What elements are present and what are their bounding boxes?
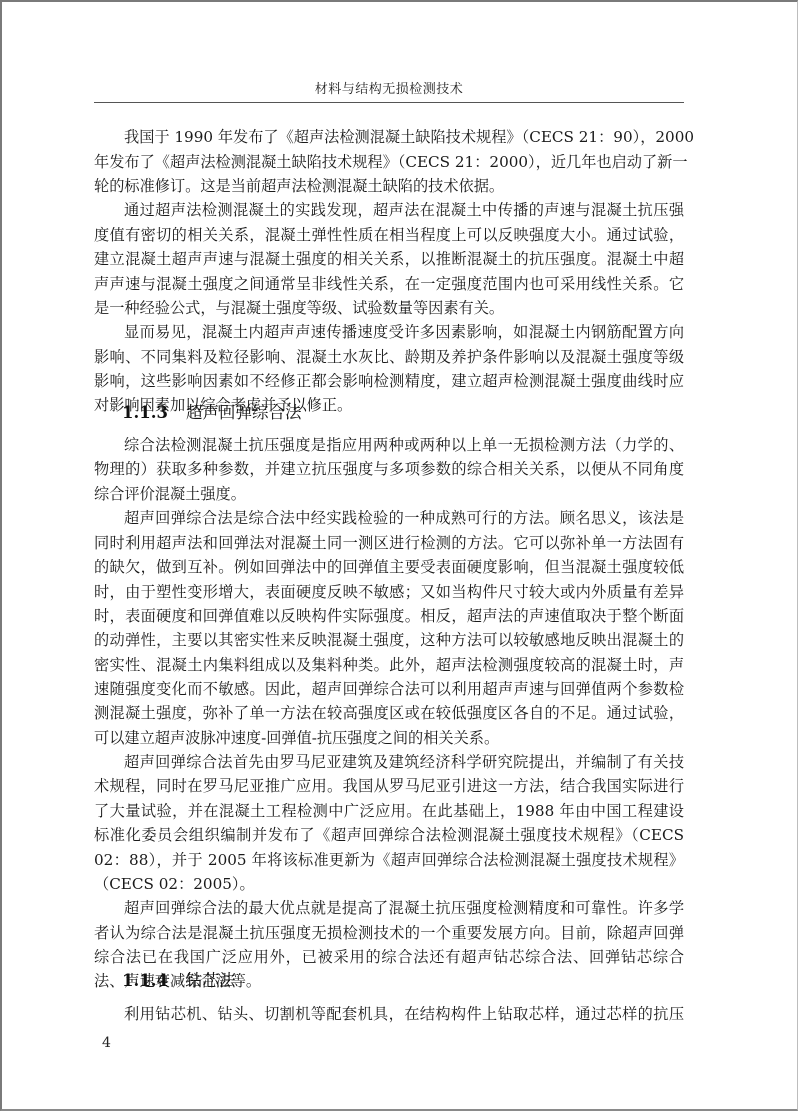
text-line: 度值有密切的相关关系，混凝土弹性性质在相当程度上可以反映强度大小。通过试验， (94, 223, 684, 247)
text-line: 时，由于塑性变形增大，表面硬度反映不敏感；又如当构件尺寸较大或内外质量有差异 (94, 580, 684, 604)
text-line: 可以建立超声波脉冲速度-回弹值-抗压强度之间的相关关系。 (94, 726, 684, 750)
text-line: 了大量试验，并在混凝土工程检测中广泛应用。在此基础上，1988 年由中国工程建设 (94, 799, 684, 823)
text-line: （CECS 02：2005）。 (94, 872, 684, 896)
section-heading-1-1-4: 1.1.4钻芯法 (122, 968, 235, 994)
text-line: 年发布了《超声法检测混凝土缺陷技术规程》（CECS 21：2000），近几年也启… (94, 150, 684, 174)
text-line: 物理的）获取多种参数，并建立抗压强度与多项参数的综合相关关系，以便从不同角度 (94, 457, 684, 481)
section-number: 1.1.4 (122, 971, 168, 990)
text-line: 速随强度变化而不敏感。因此，超声回弹综合法可以利用超声声速与回弹值两个参数检 (94, 677, 684, 701)
text-line: 利用钻芯机、钻头、切割机等配套机具，在结构构件上钻取芯样，通过芯样的抗压 (124, 1002, 684, 1026)
text-line: 标准化委员会组织编制并发布了《超声回弹综合法检测混凝土强度技术规程》（CECS (94, 823, 684, 847)
text-line: 我国于 1990 年发布了《超声法检测混凝土缺陷技术规程》（CECS 21：90… (124, 125, 684, 149)
text-line: 轮的标准修订。这是当前超声法检测混凝土缺陷的技术依据。 (94, 174, 684, 198)
text-line: 综合法检测混凝土抗压强度是指应用两种或两种以上单一无损检测方法（力学的、 (124, 433, 684, 457)
text-line: 者认为综合法是混凝土抗压强度无损检测技术的一个重要发展方向。目前，除超声回弹 (94, 921, 684, 945)
text-line: 时，表面硬度和回弹值难以反映构件实际强度。相反，超声法的声速值取决于整个断面 (94, 604, 684, 628)
text-line: 影响、不同集料及粒径影响、混凝土水灰比、龄期及养护条件影响以及混凝土强度等级 (94, 345, 684, 369)
section-title: 超声回弹综合法 (186, 403, 302, 422)
text-line: 的缺欠，做到互补。例如回弹法中的回弹值主要受表面硬度影响，但当混凝土强度较低 (94, 555, 684, 579)
text-line: 是一种经验公式，与混凝土强度等级、试验数量等因素有关。 (94, 296, 684, 320)
text-line: 测混凝土强度，弥补了单一方法在较高强度区或在较低强度区各自的不足。通过试验， (94, 701, 684, 725)
text-line: 综合评价混凝土强度。 (94, 482, 684, 506)
text-line: 的动弹性，主要以其密实性来反映混凝土强度，这种方法可以较敏感地反映出混凝土的 (94, 628, 684, 652)
header-rule (94, 102, 684, 103)
section-title: 钻芯法 (186, 971, 236, 990)
document-page: 材料与结构无损检测技术 我国于 1990 年发布了《超声法检测混凝土缺陷技术规程… (0, 0, 798, 1111)
text-line: 02：88），并于 2005 年将该标准更新为《超声回弹综合法检测混凝土强度技术… (94, 848, 684, 872)
text-line: 超声回弹综合法首先由罗马尼亚建筑及建筑经济科学研究院提出，并编制了有关技 (124, 750, 684, 774)
text-line: 影响，这些影响因素如不经修正都会影响检测精度，建立超声检测混凝土强度曲线时应 (94, 369, 684, 393)
text-line: 同时利用超声法和回弹法对混凝土同一测区进行检测的方法。它可以弥补单一方法固有 (94, 531, 684, 555)
text-line: 密实性、混凝土内集料组成以及集料种类。此外，超声法检测强度较高的混凝土时，声 (94, 653, 684, 677)
text-line: 建立混凝土超声声速与混凝土强度的相关关系，以推断混凝土的抗压强度。混凝土中超 (94, 247, 684, 271)
section-number: 1.1.3 (122, 403, 168, 422)
text-line: 显而易见，混凝土内超声声速传播速度受许多因素影响，如混凝土内钢筋配置方向 (124, 320, 684, 344)
text-line: 通过超声法检测混凝土的实践发现，超声法在混凝土中传播的声速与混凝土抗压强 (124, 198, 684, 222)
text-line: 综合法已在我国广泛应用外，已被采用的综合法还有超声钻芯综合法、回弹钻芯综合 (94, 945, 684, 969)
text-line: 术规程，同时在罗马尼亚推广应用。我国从罗马尼亚引进这一方法，结合我国实际进行 (94, 774, 684, 798)
running-header-title: 材料与结构无损检测技术 (94, 78, 684, 97)
text-line: 声声速与混凝土强度之间通常呈非线性关系，在一定强度范围内也可采用线性关系。它 (94, 272, 684, 296)
text-line: 超声回弹综合法的最大优点就是提高了混凝土抗压强度检测精度和可靠性。许多学 (124, 896, 684, 920)
section-heading-1-1-3: 1.1.3超声回弹综合法 (122, 400, 301, 426)
page-number: 4 (102, 1035, 111, 1051)
text-line: 超声回弹综合法是综合法中经实践检验的一种成熟可行的方法。顾名思义，该法是 (124, 506, 684, 530)
